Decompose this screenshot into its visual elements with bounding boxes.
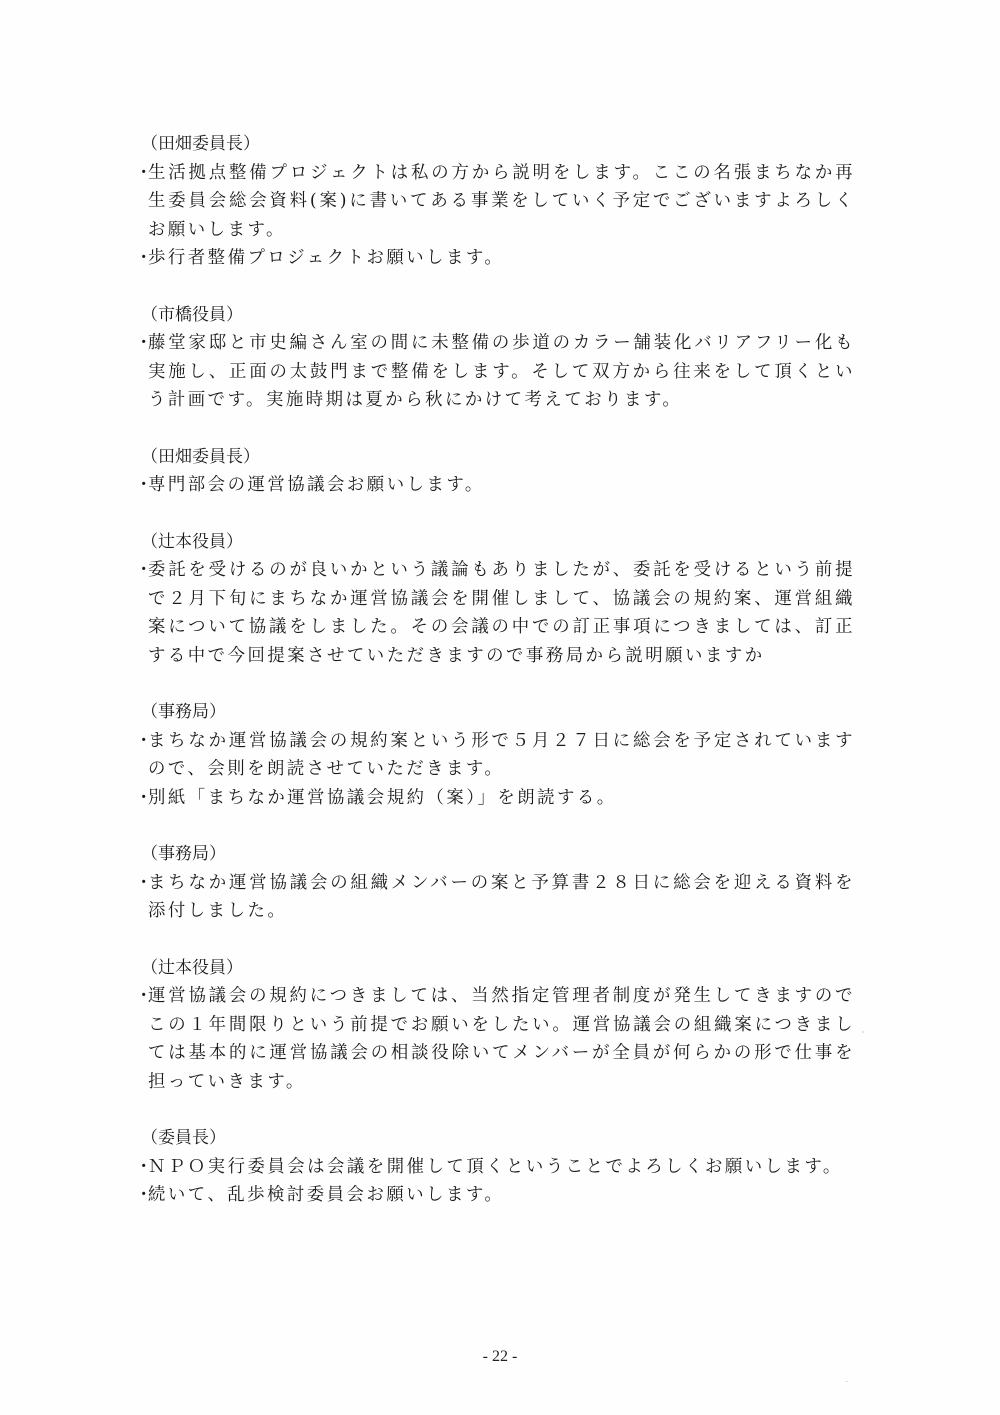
bullet-icon: ・	[135, 784, 148, 813]
bullet-icon: ・	[135, 471, 148, 500]
statement-text: 別紙「まちなか運営協議会規約（案）」を朗読する。	[148, 784, 855, 813]
speaker-label: （事務局）	[135, 698, 855, 727]
statement-item: ・ ＮＰＯ実行委員会は会議を開催して頂くということでよろしくお願いします。	[135, 1153, 855, 1182]
section-secretariat-1: （事務局） ・ まちなか運営協議会の規約案という形で５月２７日に総会を予定されて…	[135, 698, 855, 812]
statement-text: 歩行者整備プロジェクトお願いします。	[148, 244, 855, 273]
speaker-label: （田畑委員長）	[135, 130, 855, 159]
bullet-icon: ・	[135, 244, 148, 273]
section-tsujimoto-2: （辻本役員） ・ 運営協議会の規約につきましては、当然指定管理者制度が発生してき…	[135, 954, 855, 1097]
section-secretariat-2: （事務局） ・ まちなか運営協議会の組織メンバーの案と予算書２８日に総会を迎える…	[135, 840, 855, 926]
bullet-icon: ・	[135, 159, 148, 188]
statement-text: 藤堂家邸と市史編さん室の間に未整備の歩道のカラー舗装化バリアフリー化も実施し、正…	[148, 329, 855, 415]
statement-text: 生活拠点整備プロジェクトは私の方から説明をします。ここの名張まちなか再生委員会総…	[148, 159, 855, 245]
statement-item: ・ 歩行者整備プロジェクトお願いします。	[135, 244, 855, 273]
bullet-icon: ・	[135, 869, 148, 898]
statement-item: ・ 生活拠点整備プロジェクトは私の方から説明をします。ここの名張まちなか再生委員…	[135, 159, 855, 245]
statement-text: 委託を受けるのが良いかという議論もありましたが、委託を受けるという前提で２月下旬…	[148, 556, 855, 670]
speaker-label: （市橋役員）	[135, 301, 855, 330]
statement-text: 専門部会の運営協議会お願いします。	[148, 471, 855, 500]
bullet-icon: ・	[135, 556, 148, 585]
statement-text: ＮＰＯ実行委員会は会議を開催して頂くということでよろしくお願いします。	[148, 1153, 855, 1182]
section-chairman: （委員長） ・ ＮＰＯ実行委員会は会議を開催して頂くということでよろしくお願いし…	[135, 1124, 855, 1210]
statement-text: まちなか運営協議会の規約案という形で５月２７日に総会を予定されていますので、会則…	[148, 727, 855, 784]
speaker-label: （委員長）	[135, 1124, 855, 1153]
statement-item: ・ 運営協議会の規約につきましては、当然指定管理者制度が発生してきますのでこの１…	[135, 982, 855, 1096]
statement-text: 運営協議会の規約につきましては、当然指定管理者制度が発生してきますのでこの１年間…	[148, 982, 855, 1096]
statement-item: ・ 委託を受けるのが良いかという議論もありましたが、委託を受けるという前提で２月…	[135, 556, 855, 670]
section-tabata-1: （田畑委員長） ・ 生活拠点整備プロジェクトは私の方から説明をします。ここの名張…	[135, 130, 855, 273]
scan-speck	[862, 1031, 864, 1033]
speaker-label: （辻本役員）	[135, 954, 855, 983]
minutes-body: （田畑委員長） ・ 生活拠点整備プロジェクトは私の方から説明をします。ここの名張…	[135, 130, 855, 1238]
bullet-icon: ・	[135, 727, 148, 756]
statement-text: 続いて、乱歩検討委員会お願いします。	[148, 1181, 855, 1210]
statement-text: まちなか運営協議会の組織メンバーの案と予算書２８日に総会を迎える資料を添付しまし…	[148, 869, 855, 926]
statement-item: ・ 専門部会の運営協議会お願いします。	[135, 471, 855, 500]
section-ichihashi: （市橋役員） ・ 藤堂家邸と市史編さん室の間に未整備の歩道のカラー舗装化バリアフ…	[135, 301, 855, 415]
scan-speck	[845, 1381, 848, 1382]
section-tsujimoto-1: （辻本役員） ・ 委託を受けるのが良いかという議論もありましたが、委託を受けると…	[135, 528, 855, 671]
statement-item: ・ 藤堂家邸と市史編さん室の間に未整備の歩道のカラー舗装化バリアフリー化も実施し…	[135, 329, 855, 415]
speaker-label: （田畑委員長）	[135, 443, 855, 472]
speaker-label: （事務局）	[135, 840, 855, 869]
bullet-icon: ・	[135, 1153, 148, 1182]
statement-item: ・ 続いて、乱歩検討委員会お願いします。	[135, 1181, 855, 1210]
bullet-icon: ・	[135, 982, 148, 1011]
section-tabata-2: （田畑委員長） ・ 専門部会の運営協議会お願いします。	[135, 443, 855, 500]
statement-item: ・ 別紙「まちなか運営協議会規約（案）」を朗読する。	[135, 784, 855, 813]
bullet-icon: ・	[135, 329, 148, 358]
bullet-icon: ・	[135, 1181, 148, 1210]
document-page: （田畑委員長） ・ 生活拠点整備プロジェクトは私の方から説明をします。ここの名張…	[0, 0, 1000, 1415]
statement-item: ・ まちなか運営協議会の規約案という形で５月２７日に総会を予定されていますので、…	[135, 727, 855, 784]
statement-item: ・ まちなか運営協議会の組織メンバーの案と予算書２８日に総会を迎える資料を添付し…	[135, 869, 855, 926]
speaker-label: （辻本役員）	[135, 528, 855, 557]
page-number: - 22 -	[0, 1348, 1000, 1366]
